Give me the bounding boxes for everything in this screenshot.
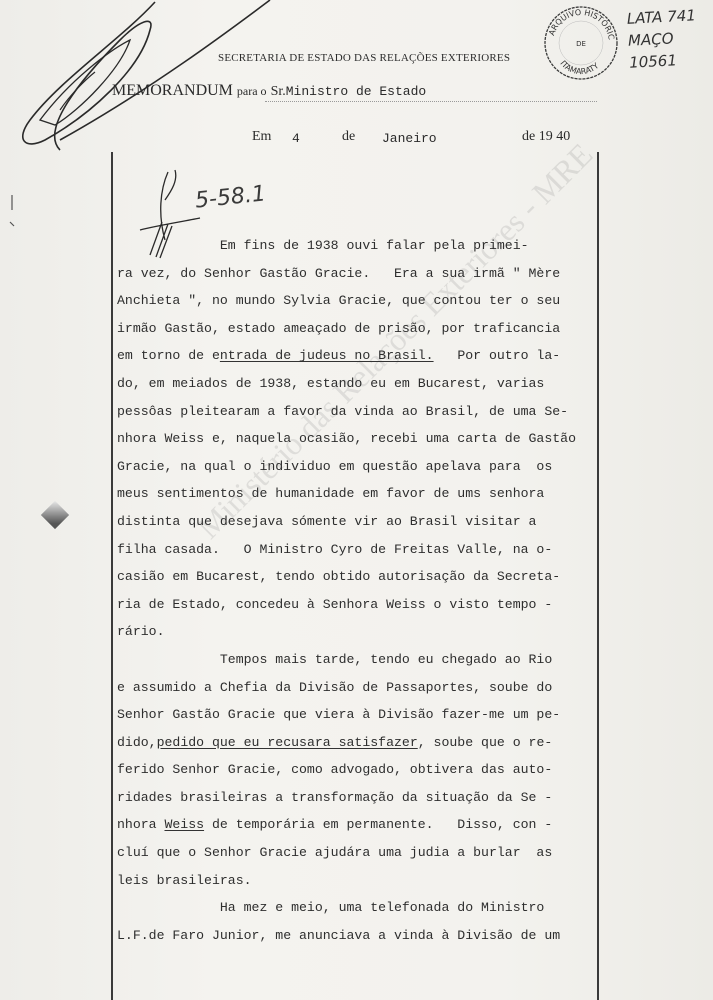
text-line: nhora Weiss e, naquela ocasião, recebi u… <box>117 425 597 453</box>
text-line: Em fins de 1938 ouvi falar pela primei- <box>117 232 597 260</box>
date-year: de 19 40 <box>522 129 570 145</box>
memo-sr: Sr. <box>271 84 286 99</box>
underlined-phrase: Weiss <box>164 817 204 832</box>
text-line: distinta que desejava sómente vir ao Bra… <box>117 508 597 536</box>
memo-label: MEMORANDUM <box>112 82 233 99</box>
text-line: do, em meiados de 1938, estando eu em Bu… <box>117 370 597 398</box>
text-line: L.F.de Faro Junior, me anunciava a vinda… <box>117 922 597 950</box>
text-line: Gracie, na qual o individuo em questão a… <box>117 453 597 481</box>
lata-label: LATA 741 <box>626 4 696 30</box>
document-page: ARQUIVO HISTÓRICO ITAMARATY DE LATA 741 … <box>0 0 713 1000</box>
text-line: ridades brasileiras a transformação da s… <box>117 784 597 812</box>
text-line: Tempos mais tarde, tendo eu chegado ao R… <box>117 646 597 674</box>
text-line: casião em Bucarest, tendo obtido autoris… <box>117 563 597 591</box>
date-em: Em <box>252 129 271 145</box>
text-line: pessôas pleitearam a favor da vinda ao B… <box>117 398 597 426</box>
archive-stamp: ARQUIVO HISTÓRICO ITAMARATY DE <box>540 4 622 82</box>
handwritten-reference: 5-58.1 <box>194 181 267 213</box>
archive-handwritten-note: LATA 741 MAÇO 10561 <box>626 4 698 74</box>
text-line: filha casada. O Ministro Cyro de Freitas… <box>117 536 597 564</box>
text-line: Senhor Gastão Gracie que viera à Divisão… <box>117 701 597 729</box>
letterhead-institution: SECRETARIA DE ESTADO DAS RELAÇÕES EXTERI… <box>218 52 510 64</box>
text-line: leis brasileiras. <box>117 867 597 895</box>
text-line: cluí que o Senhor Gracie ajudára uma jud… <box>117 839 597 867</box>
memo-rule <box>265 101 597 102</box>
text-line: ra vez, do Senhor Gastão Gracie. Era a s… <box>117 260 597 288</box>
text-line: dido,pedido que eu recusara satisfazer, … <box>117 729 597 757</box>
text-line: rário. <box>117 618 597 646</box>
text-line: e assumido a Chefia da Divisão de Passap… <box>117 674 597 702</box>
text-line: em torno de entrada de judeus no Brasil.… <box>117 342 597 370</box>
text-line: ria de Estado, concedeu à Senhora Weiss … <box>117 591 597 619</box>
memo-recipient: Ministro de Estado <box>286 84 426 99</box>
margin-rule-right <box>597 152 599 1000</box>
maco-number: 10561 <box>629 48 699 74</box>
date-month: Janeiro <box>382 131 437 146</box>
text-line: Anchieta ", no mundo Sylvia Gracie, que … <box>117 287 597 315</box>
text-line: irmão Gastão, estado ameaçado de prisão,… <box>117 315 597 343</box>
text-line: ferido Senhor Gracie, como advogado, obt… <box>117 756 597 784</box>
svg-text:ITAMARATY: ITAMARATY <box>558 59 600 76</box>
margin-rule-left <box>111 152 113 1000</box>
date-day: 4 <box>292 131 300 146</box>
date-de1: de <box>342 129 355 145</box>
svg-text:DE: DE <box>576 40 586 48</box>
text-line: meus sentimentos de humanidade em favor … <box>117 480 597 508</box>
memo-body: Em fins de 1938 ouvi falar pela primei-r… <box>117 232 597 949</box>
memo-header: MEMORANDUM para o Sr.Ministro de Estado <box>112 82 592 100</box>
memo-para-o: para o <box>237 84 267 98</box>
underlined-phrase: ntrada de judeus no Brasil. <box>220 348 434 363</box>
text-line: nhora Weiss de temporária em permanente.… <box>117 811 597 839</box>
margin-smudge <box>41 501 69 529</box>
underlined-phrase: pedido que eu recusara satisfazer <box>157 735 418 750</box>
text-line: Ha mez e meio, uma telefonada do Ministr… <box>117 894 597 922</box>
